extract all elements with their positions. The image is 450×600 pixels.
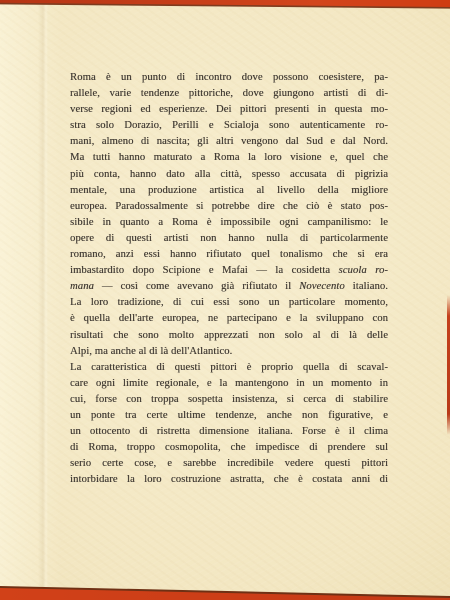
italic-text-segment: Novecento [299, 281, 345, 292]
text-segment: — così come avevano già rifiutato il [94, 281, 299, 292]
text-line: risultati che sono molto apprezzati non … [70, 328, 388, 344]
text-block: Roma è un punto di incontro dove possono… [70, 70, 388, 488]
text-segment: romano, anzi essi hanno rifiutato quel t… [70, 249, 388, 260]
text-segment: più conta, hanno dato alla città, spesso… [70, 169, 388, 180]
text-line: stra solo Dorazio, Perilli e Scialoja so… [70, 118, 388, 134]
text-line: sibile in quanto a Roma è impossibile og… [70, 215, 388, 231]
text-segment: imbastardito dopo Scipione e Mafai — la … [70, 265, 338, 276]
book-page-scan: Roma è un punto di incontro dove possono… [0, 0, 450, 600]
text-segment: care ogni limite regionale, e la manteng… [70, 378, 388, 389]
text-segment: europea. Paradossalmente si potrebbe dir… [70, 201, 388, 212]
text-segment: un ottocento di ristretta dimensione ita… [70, 426, 388, 437]
text-segment: verse regioni ed esperienze. Dei pittori… [70, 104, 388, 115]
text-segment: un ponte tra certe ultime tendenze, anch… [70, 410, 388, 421]
text-line: un ottocento di ristretta dimensione ita… [70, 424, 388, 440]
text-line: rallele, varie tendenze pittoriche, dove… [70, 86, 388, 102]
text-line: Roma è un punto di incontro dove possono… [70, 70, 388, 86]
text-line: di Roma, troppo cosmopolita, che impedis… [70, 440, 388, 456]
text-line: è quella dell'arte europea, ne partecipa… [70, 311, 388, 327]
text-segment: Ma tutti hanno maturato a Roma la loro v… [70, 152, 388, 163]
text-line: La caratteristica di questi pittori è pr… [70, 360, 388, 376]
text-segment: intorbidare la loro costruzione astratta… [70, 474, 388, 485]
text-line: europea. Paradossalmente si potrebbe dir… [70, 199, 388, 215]
text-line: serio certe cose, e sarebbe incredibile … [70, 456, 388, 472]
text-segment: rallele, varie tendenze pittoriche, dove… [70, 88, 388, 99]
text-segment: sibile in quanto a Roma è impossibile og… [70, 217, 388, 228]
text-segment: è quella dell'arte europea, ne partecipa… [70, 313, 388, 324]
text-segment: Alpi, ma anche al di là dell'Atlantico. [70, 346, 232, 357]
text-line: verse regioni ed esperienze. Dei pittori… [70, 102, 388, 118]
text-line: mani, almeno di nascita; gli altri vengo… [70, 134, 388, 150]
text-line: Alpi, ma anche al di là dell'Atlantico. [70, 344, 388, 360]
text-line: Ma tutti hanno maturato a Roma la loro v… [70, 150, 388, 166]
text-line: un ponte tra certe ultime tendenze, anch… [70, 408, 388, 424]
text-line: La loro tradizione, di cui essi sono un … [70, 295, 388, 311]
text-segment: cui, forse con troppa sospetta insistenz… [70, 394, 388, 405]
text-segment: opere di questi artisti non hanno nulla … [70, 233, 388, 244]
text-line: mentale, una produzione artistica al liv… [70, 183, 388, 199]
text-segment: stra solo Dorazio, Perilli e Scialoja so… [70, 120, 388, 131]
text-line: più conta, hanno dato alla città, spesso… [70, 167, 388, 183]
text-line: mana — così come avevano già rifiutato i… [70, 279, 388, 295]
text-line: intorbidare la loro costruzione astratta… [70, 472, 388, 488]
text-segment: italiano. [345, 281, 388, 292]
book-page: Roma è un punto di incontro dove possono… [0, 0, 450, 600]
text-segment: La caratteristica di questi pittori è pr… [70, 362, 388, 373]
text-line: imbastardito dopo Scipione e Mafai — la … [70, 263, 388, 279]
text-segment: risultati che sono molto apprezzati non … [70, 330, 388, 341]
page-crease [38, 0, 48, 600]
text-line: opere di questi artisti non hanno nulla … [70, 231, 388, 247]
text-line: care ogni limite regionale, e la manteng… [70, 376, 388, 392]
text-segment: di Roma, troppo cosmopolita, che impedis… [70, 442, 388, 453]
text-segment: La loro tradizione, di cui essi sono un … [70, 297, 388, 308]
italic-text-segment: scuola ro- [338, 265, 388, 276]
italic-text-segment: mana [70, 281, 94, 292]
text-segment: mani, almeno di nascita; gli altri vengo… [70, 136, 388, 147]
text-line: romano, anzi essi hanno rifiutato quel t… [70, 247, 388, 263]
text-line: cui, forse con troppa sospetta insistenz… [70, 392, 388, 408]
text-segment: serio certe cose, e sarebbe incredibile … [70, 458, 388, 469]
text-segment: Roma è un punto di incontro dove possono… [70, 72, 388, 83]
text-segment: mentale, una produzione artistica al liv… [70, 185, 388, 196]
